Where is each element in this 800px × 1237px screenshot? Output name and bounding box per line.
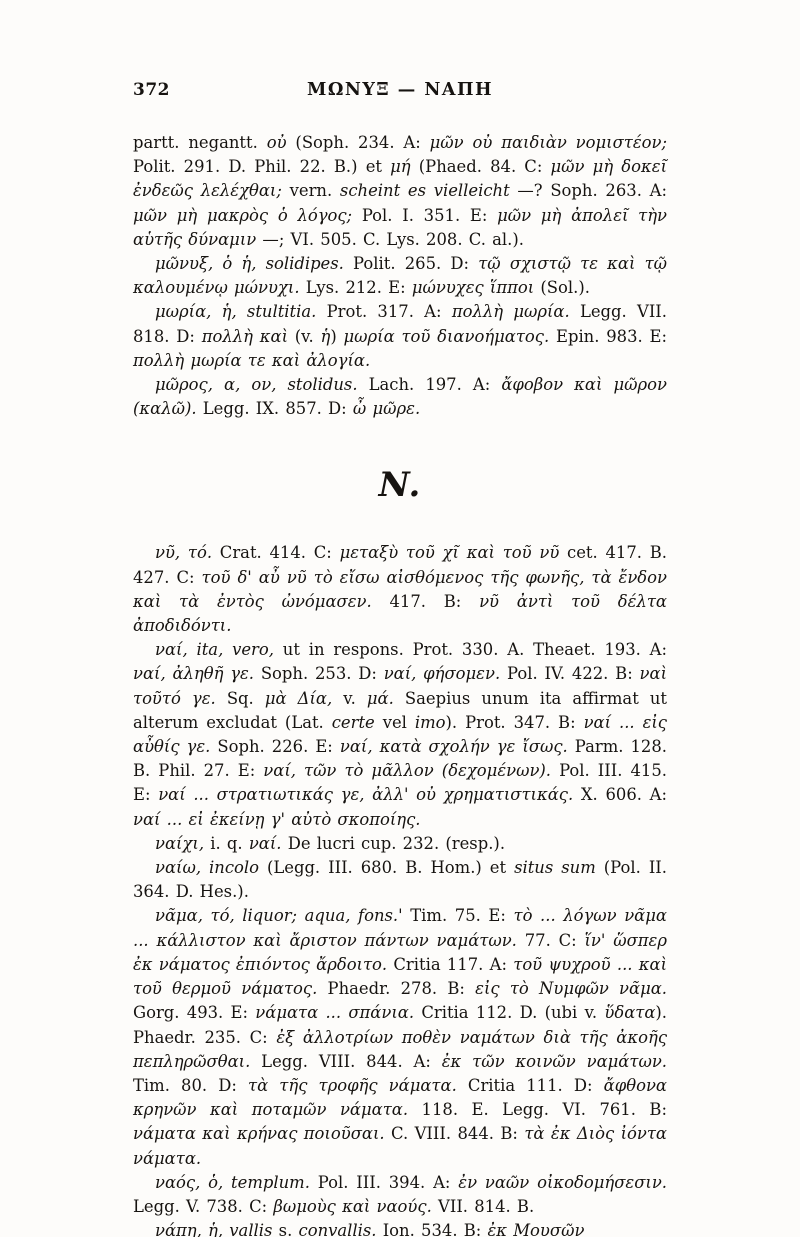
roman-text: Pol. IV. 422. B: — [500, 664, 639, 683]
paragraph: νῦ, τό. Crat. 414. C: μεταξὺ τοῦ χῖ καὶ … — [133, 541, 667, 638]
italic-text: μή — [390, 157, 410, 176]
italic-text: νάματα ... σπάνια. — [255, 1003, 414, 1022]
roman-text: —; VI. 505. C. Lys. 208. C. al.). — [256, 230, 524, 249]
roman-text: VII. 814. B. — [432, 1197, 534, 1216]
italic-text: ναί ... εἰ ἐκείνῃ γ' αὐτὸ σκοποίης. — [133, 810, 420, 829]
italic-text: ὕδατα — [604, 1003, 655, 1022]
italic-text: νῦ, τό. — [155, 543, 212, 562]
italic-text: ἐκ τῶν κοινῶν ναμάτων. — [442, 1052, 667, 1071]
roman-text: De lucri cup. 232. (resp.). — [282, 834, 506, 853]
roman-text: ). Prot. 347. B: — [446, 713, 584, 732]
italic-text: ναί, κατὰ σχολήν γε ἴσως. — [340, 737, 568, 756]
roman-text: Polit. 265. D: — [344, 254, 478, 273]
italic-text: μωρία, ἡ, stultitia. — [155, 302, 316, 321]
italic-text: ναί. — [249, 834, 282, 853]
roman-text: (v. — [288, 327, 321, 346]
italic-text: νᾶμα, τό, liquor; aqua, fons.' — [155, 906, 403, 925]
roman-text: Critia 111. D: — [457, 1076, 604, 1095]
italic-text: ὦ μῶρε. — [353, 399, 420, 418]
text-column: partt. negantt. οὐ (Soph. 234. A: μῶν οὐ… — [133, 131, 667, 1237]
italic-text: μωρία τοῦ διανοήματος. — [344, 327, 550, 346]
italic-text: imo — [415, 713, 446, 732]
italic-text: ναί, τῶν τὸ μᾶλλον (δεχομένων). — [263, 761, 551, 780]
paragraph: ναίχι, i. q. ναί. De lucri cup. 232. (re… — [133, 832, 667, 856]
paragraph: νᾶμα, τό, liquor; aqua, fons.' Tim. 75. … — [133, 904, 667, 1170]
italic-text: ναί ... στρατιωτικάς γε, ἀλλ' οὐ χρηματι… — [158, 785, 573, 804]
roman-text: partt. negantt. — [133, 133, 267, 152]
roman-text: C. VIII. 844. B: — [385, 1124, 525, 1143]
roman-text: (Legg. III. 680. B. Hom.) et — [259, 858, 514, 877]
roman-text: Legg. V. 738. C: — [133, 1197, 273, 1216]
italic-text: ἐν ναῶν οἰκοδομήσεσιν. — [458, 1173, 667, 1192]
roman-text: Ion. 534. B: — [377, 1221, 488, 1237]
running-head: ΜΩΝΥΞ — ΝΑΠΗ — [133, 80, 667, 100]
roman-text: Epin. 983. E: — [549, 327, 667, 346]
page-header: 372 ΜΩΝΥΞ — ΝΑΠΗ — [133, 80, 667, 106]
italic-text: certe — [332, 713, 375, 732]
roman-text: ut in respons. Prot. 330. A. Theaet. 193… — [274, 640, 667, 659]
roman-text: —? Soph. 263. A: — [510, 181, 667, 200]
italic-text: convallis. — [299, 1221, 377, 1237]
roman-text: Pol. III. 394. A: — [310, 1173, 458, 1192]
paragraph: ναίω, incolo (Legg. III. 680. B. Hom.) e… — [133, 856, 667, 904]
italic-text: πολλὴ μωρία. — [452, 302, 570, 321]
italic-text: πολλὴ καὶ — [202, 327, 288, 346]
roman-text: Lys. 212. E: — [300, 278, 412, 297]
roman-text: Critia 117. A: — [387, 955, 513, 974]
roman-text: 417. B: — [372, 592, 479, 611]
roman-text: Soph. 253. D: — [254, 664, 384, 683]
roman-text: Pol. I. 351. E: — [352, 206, 497, 225]
roman-text: Sq. — [216, 689, 265, 708]
roman-text: ) — [330, 327, 343, 346]
italic-text: μεταξὺ τοῦ χῖ καὶ τοῦ νῦ — [340, 543, 560, 562]
roman-text: (Sol.). — [534, 278, 590, 297]
italic-text: ναίχι, — [155, 834, 204, 853]
roman-text: (Phaed. 84. C: — [411, 157, 551, 176]
paragraph: ναός, ὁ, templum. Pol. III. 394. A: ἐν ν… — [133, 1171, 667, 1219]
paragraph: partt. negantt. οὐ (Soph. 234. A: μῶν οὐ… — [133, 131, 667, 252]
italic-text: νάματα καὶ κρήνας ποιοῦσαι. — [133, 1124, 385, 1143]
italic-text: οὐ — [267, 133, 287, 152]
italic-text: μῶν μὴ μακρὸς ὁ λόγος; — [133, 206, 352, 225]
italic-text: μώνυχες ἵπποι — [412, 278, 534, 297]
italic-text: τὰ τῆς τροφῆς νάματα. — [248, 1076, 457, 1095]
paragraph: νάπη, ἡ, vallis s. convallis. Ion. 534. … — [133, 1219, 667, 1237]
italic-text: μά. — [367, 689, 394, 708]
italic-text: situs sum — [514, 858, 596, 877]
roman-text: vern. — [282, 181, 340, 200]
italic-text: μὰ Δία, — [265, 689, 332, 708]
roman-text: Critia 112. D. (ubi v. — [414, 1003, 604, 1022]
roman-text: Soph. 226. E: — [210, 737, 340, 756]
italic-text: scheint es vielleicht — [340, 181, 510, 200]
roman-text: Legg. VIII. 844. A: — [250, 1052, 441, 1071]
italic-text: ἐκ Μουσῶν — [488, 1221, 585, 1237]
paragraph: μωρία, ἡ, stultitia. Prot. 317. A: πολλὴ… — [133, 300, 667, 373]
italic-text: πολλὴ μωρία τε καὶ ἀλογία. — [133, 351, 370, 370]
italic-text: βωμοὺς καὶ ναούς. — [273, 1197, 431, 1216]
roman-text: Legg. IX. 857. D: — [197, 399, 353, 418]
paragraph: μῶρος, α, ον, stolidus. Lach. 197. A: ἄφ… — [133, 373, 667, 421]
roman-text: Phaedr. 278. B: — [317, 979, 475, 998]
roman-text: vel — [375, 713, 415, 732]
section-heading: N. — [133, 465, 667, 505]
scanned-lexicon-page: 372 ΜΩΝΥΞ — ΝΑΠΗ partt. negantt. οὐ (Sop… — [0, 0, 800, 1237]
roman-text: Gorg. 493. E: — [133, 1003, 255, 1022]
italic-text: ναί, ἀληθῆ γε. — [133, 664, 254, 683]
roman-text: Crat. 414. C: — [212, 543, 340, 562]
italic-text: νάπη, ἡ, vallis — [155, 1221, 272, 1237]
roman-text: Tim. 75. E: — [403, 906, 514, 925]
italic-text: ναί, ita, vero, — [155, 640, 274, 659]
roman-text: Polit. 291. D. Phil. 22. B.) et — [133, 157, 390, 176]
roman-text: (Soph. 234. A: — [287, 133, 430, 152]
italic-text: ναός, ὁ, templum. — [155, 1173, 310, 1192]
italic-text: ναίω, incolo — [155, 858, 259, 877]
roman-text: Lach. 197. A: — [358, 375, 502, 394]
italic-text: μῶνυξ, ὁ ἡ, solidipes. — [155, 254, 344, 273]
roman-text: Tim. 80. D: — [133, 1076, 248, 1095]
paragraph: ναί, ita, vero, ut in respons. Prot. 330… — [133, 638, 667, 832]
roman-text: s. — [272, 1221, 298, 1237]
italic-text: ἡ — [321, 327, 331, 346]
paragraph: μῶνυξ, ὁ ἡ, solidipes. Polit. 265. D: τῷ… — [133, 252, 667, 300]
italic-text: ναί, φήσομεν. — [384, 664, 500, 683]
roman-text: 77. C: — [517, 931, 585, 950]
roman-text: v. — [332, 689, 367, 708]
roman-text: X. 606. A: — [573, 785, 667, 804]
italic-text: εἰς τὸ Νυμφῶν νᾶμα. — [475, 979, 667, 998]
roman-text: i. q. — [204, 834, 249, 853]
roman-text: 118. E. Legg. VI. 761. B: — [408, 1100, 667, 1119]
roman-text: Prot. 317. A: — [316, 302, 451, 321]
italic-text: μῶρος, α, ον, stolidus. — [155, 375, 358, 394]
italic-text: μῶν οὐ παιδιὰν νομιστέον; — [430, 133, 667, 152]
